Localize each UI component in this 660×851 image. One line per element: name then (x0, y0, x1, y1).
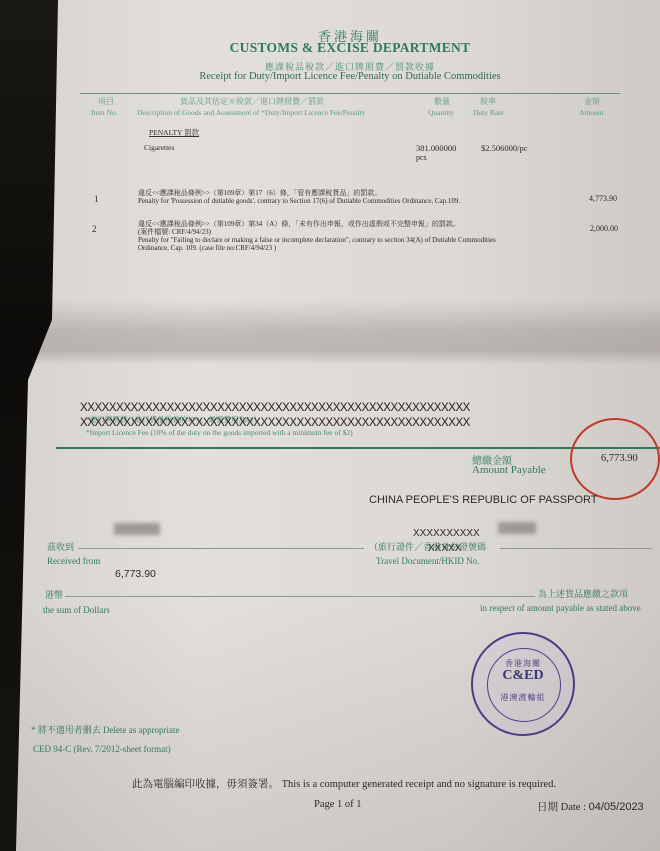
stamp-center: C&ED (473, 668, 573, 684)
computer-note-cn: 此為電腦編印收據，毋須簽署。 (132, 779, 279, 790)
stamp-cn-bottom: 港澳渡輪組 (473, 692, 573, 703)
redacted-line-1: XXXXXXXXXXXXXXXXXXXXXXXXXXXXXXXXXXXXXXXX… (80, 402, 470, 414)
highlight-circle (570, 418, 660, 500)
travel-doc-line (500, 548, 652, 549)
date-value: 04/05/2023 (589, 801, 644, 813)
goods-unit: pcs (416, 153, 427, 162)
received-from-label: Received from (47, 556, 100, 566)
sum-label: the sum of Dollars (43, 605, 110, 615)
received-from-cn: 茲收到 (47, 540, 74, 553)
header-title: CUSTOMS & EXCISE DEPARTMENT (0, 40, 660, 56)
item-case-cn: (案件檔號: CRF/4/94/23) (138, 228, 211, 236)
item-desc-2: Ordinance, Cap. 109. (case file no:CRF/4… (138, 244, 276, 252)
date-row: 日期 Date : 04/05/2023 (537, 799, 644, 814)
respect-cn: 為上述貨品應繳之款項 (538, 587, 628, 600)
sum-line (65, 596, 535, 597)
col-item: Item No. (91, 108, 118, 117)
col-desc: Description of Goods and Assessment of *… (137, 108, 365, 117)
goods-duty-rate: $2.506000/pc (481, 143, 528, 153)
col-item-cn: 項目 (98, 96, 114, 107)
redacted-doc (498, 522, 536, 534)
date-label: 日期 Date : (537, 802, 586, 813)
col-rate: Duty Rate (473, 108, 504, 117)
goods-name: Cigarettes (144, 143, 174, 152)
form-code: CED 94-C (Rev. 7/2012-sheet format) (33, 744, 171, 754)
travel-doc-value-2: XXXXX (428, 543, 461, 554)
item-desc-cn: 違反<<應課稅品條例>>（第109章）第17（6）條，「管有應課稅貨品」的罰款。 (138, 189, 381, 197)
respect-label: in respect of amount payable as stated a… (480, 603, 641, 613)
col-qty: Quantity (428, 108, 454, 117)
total-label: Amount Payable (472, 464, 546, 476)
page-number: Page 1 of 1 (314, 799, 362, 810)
item-amount: 2,000.00 (590, 224, 618, 233)
customs-stamp: 香港海關 C&ED 港澳渡輪組 (471, 632, 575, 736)
goods-quantity: 381.000000 (416, 143, 456, 153)
import-fee-note: *Import Licence Fee (10% of the duty on … (86, 428, 353, 437)
penalty-section-label: PENALTY 罰款 (149, 127, 199, 138)
item-amount: 4,773.90 (589, 194, 617, 203)
item-no: 2 (92, 224, 97, 234)
document-type: CHINA PEOPLE'S REPUBLIC OF PASSPORT (369, 494, 597, 506)
col-amount: Amount (579, 108, 604, 117)
col-amount-cn: 金額 (584, 96, 600, 107)
computer-note-en: This is a computer generated receipt and… (282, 779, 556, 790)
col-rate-cn: 稅率 (480, 96, 496, 107)
item-desc: Penalty for 'Possession of dutiable good… (138, 197, 460, 205)
sum-cn: 港幣 (45, 588, 63, 601)
travel-doc-value-1: XXXXXXXXXX (413, 528, 480, 539)
header-rule (80, 93, 620, 94)
travel-doc-label: Travel Document/HKID No. (376, 556, 479, 566)
col-desc-cn: 貨品及其估定＊稅款／進口牌照費／罰款 (180, 96, 324, 107)
item-no: 1 (94, 194, 99, 204)
received-amount: 6,773.90 (115, 568, 156, 580)
col-qty-cn: 數量 (434, 96, 450, 107)
total-divider (56, 447, 660, 449)
computer-note: 此為電腦編印收據，毋須簽署。 This is a computer genera… (132, 776, 556, 791)
item-desc-cn: 違反<<應課稅品條例>>（第109章）第34（A）條，「未有作出申報，或作出虛假… (138, 220, 460, 228)
delete-note: * 將不適用者刪去 Delete as appropriate (31, 723, 179, 736)
received-from-line (78, 548, 364, 549)
header-subtitle: Receipt for Duty/Import Licence Fee/Pena… (0, 71, 660, 82)
redacted-name (114, 523, 160, 535)
item-desc: Penalty for "Failing to declare or makin… (138, 236, 496, 244)
